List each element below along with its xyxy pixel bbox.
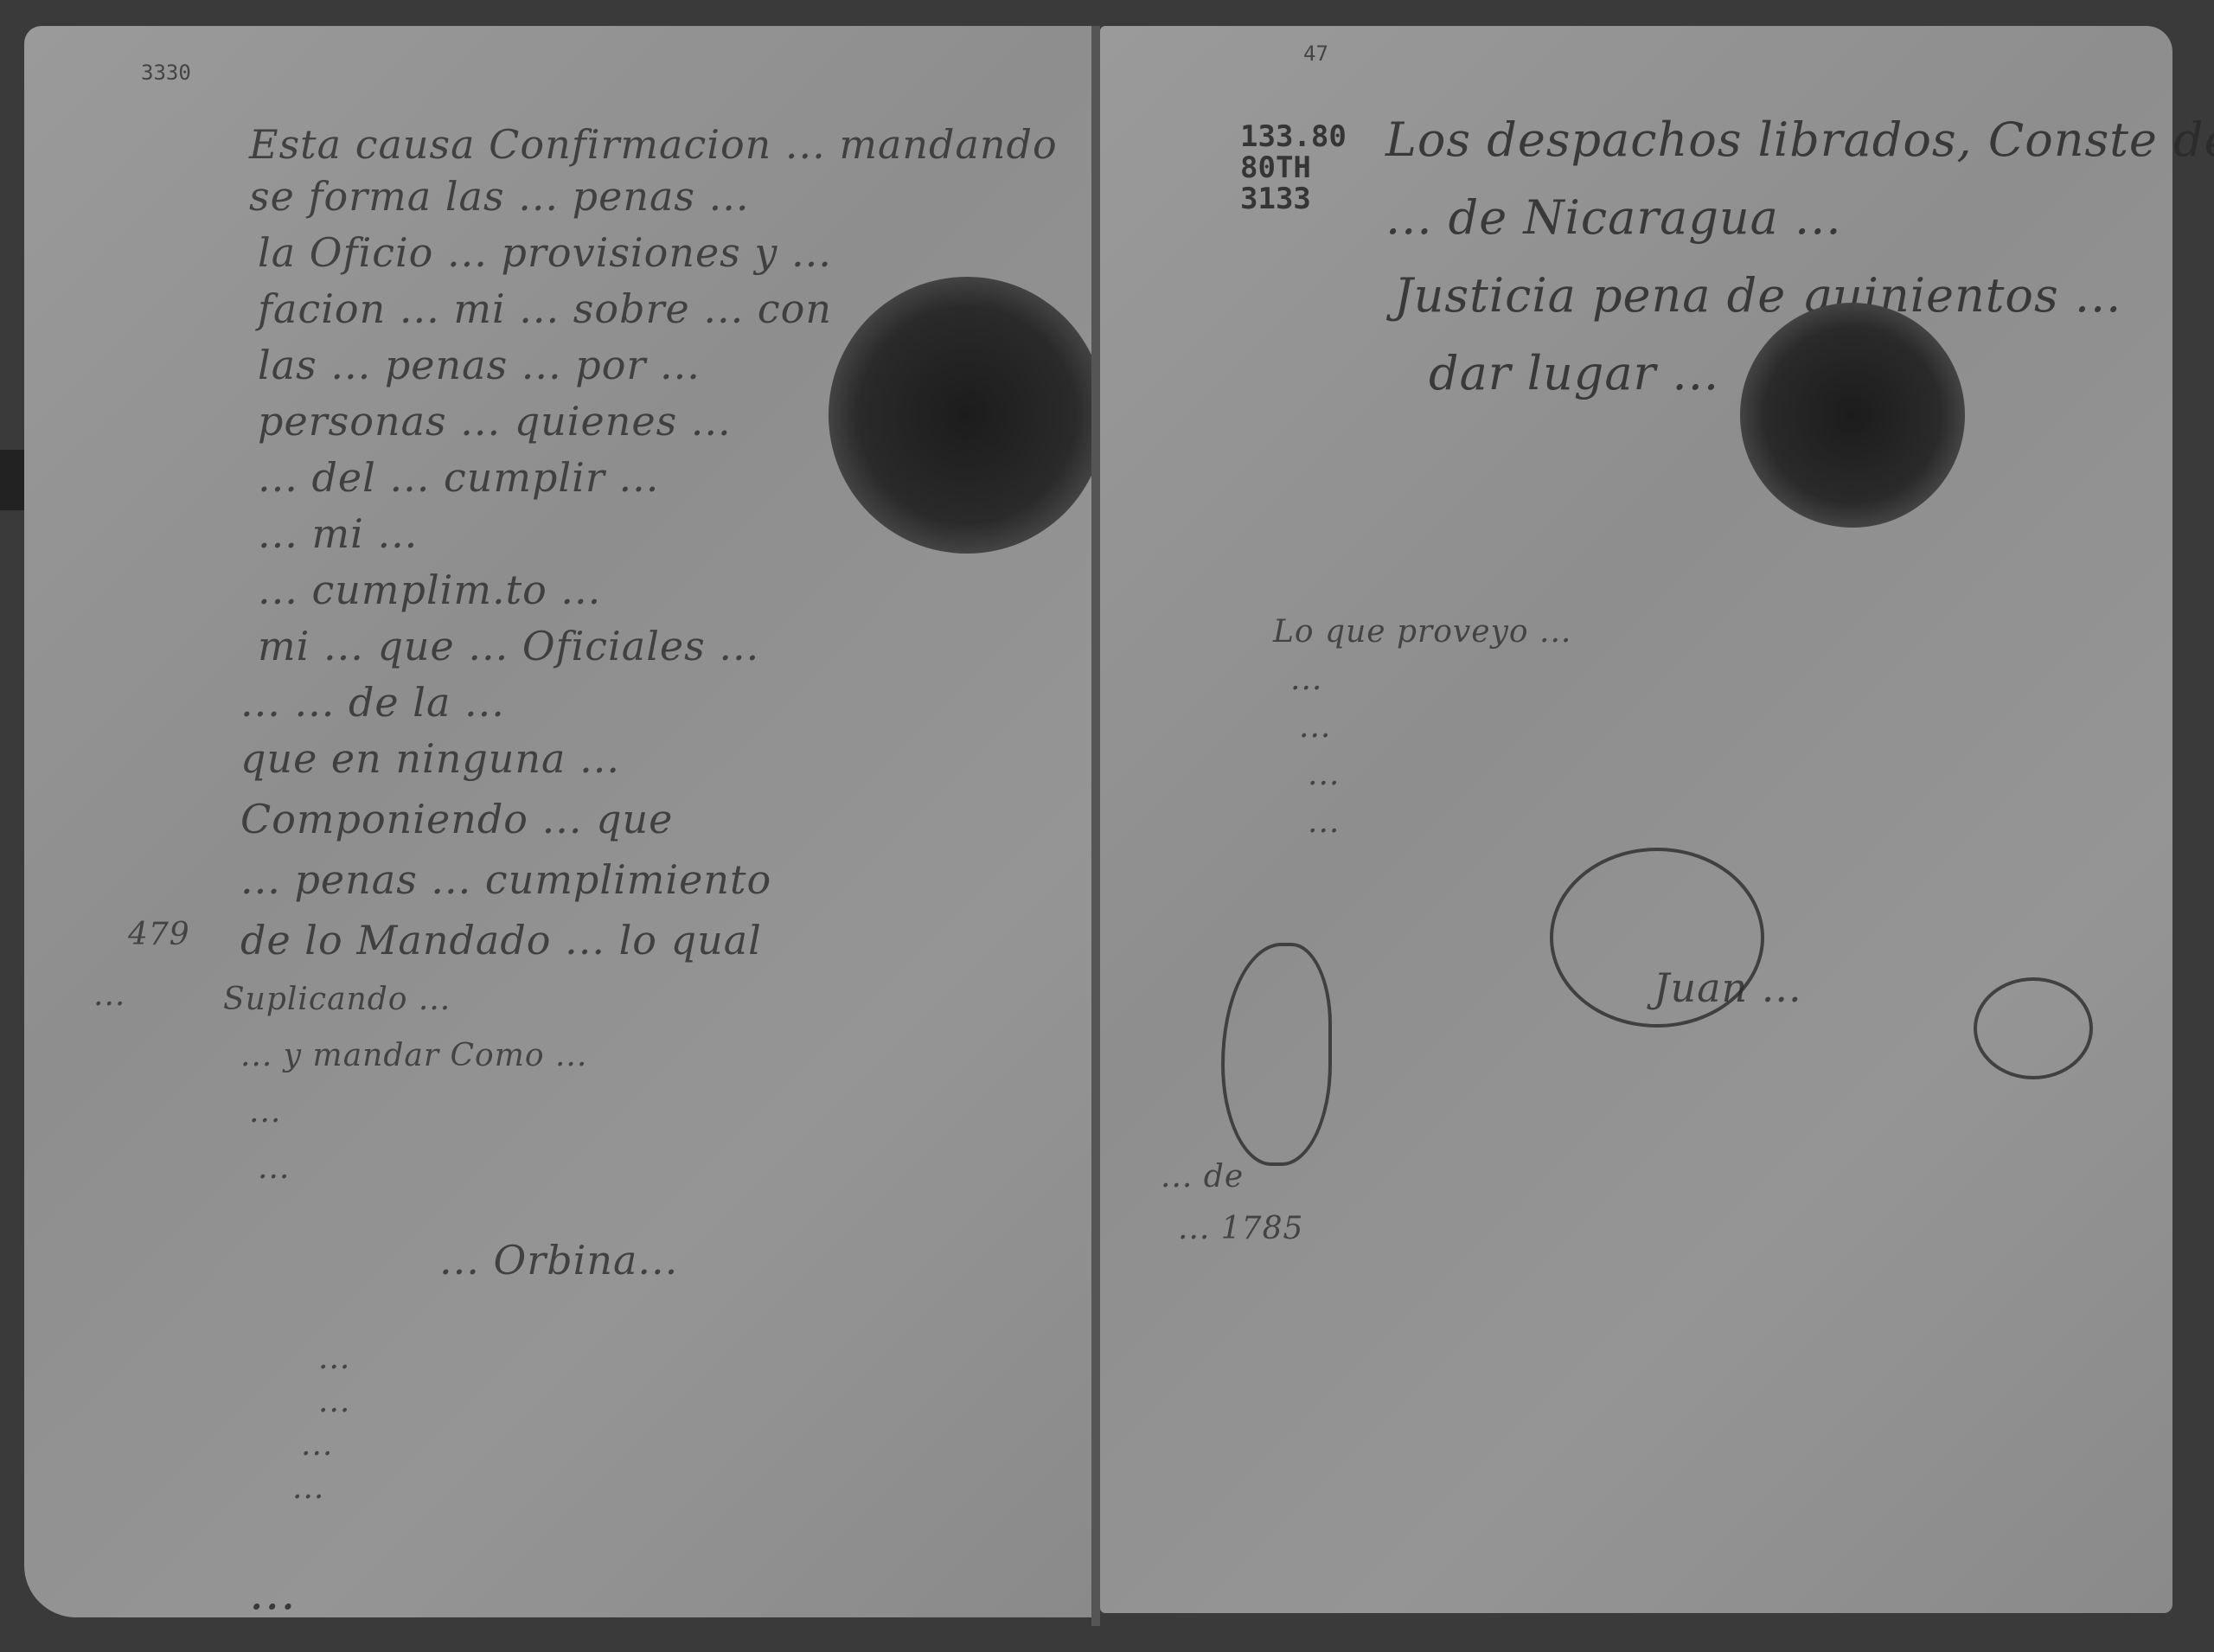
final-signature: ... (249, 1566, 297, 1620)
margin-note: ... (93, 977, 125, 1013)
text-line: Esta causa Confirmacion ... mandando (249, 121, 1058, 168)
signature-name: ... Orbina... (439, 1237, 678, 1284)
body-line: ... (1308, 804, 1340, 840)
signature-paragraph-line: ... (318, 1341, 350, 1376)
folio-number-right: 47 (1303, 42, 1328, 66)
heading-line: Justicia pena de quinientos ... (1394, 268, 2121, 323)
heading-line: dar lugar ... (1429, 346, 1719, 400)
text-line: ... cumplim.to ... (258, 567, 601, 613)
wax-seal (1740, 303, 1965, 528)
text-line: ... y mandar Como ... (240, 1038, 587, 1073)
heading-line: ... de Nicaragua ... (1385, 190, 1842, 245)
right-page: 47 133.80 80TH 3133 Los despachos librad… (1100, 26, 2172, 1613)
body-line: ... (1308, 757, 1340, 792)
signature: Juan ... (1654, 964, 1802, 1011)
text-line: Suplicando ... (223, 982, 451, 1017)
text-line: ... (258, 1150, 290, 1186)
date-line: ... 1785 (1178, 1211, 1303, 1246)
signature-paragraph-line: ... (301, 1427, 333, 1463)
text-line: ... del ... cumplir ... (258, 454, 659, 501)
text-line: que en ninguna ... (240, 735, 620, 782)
text-line: Componiendo ... que (240, 796, 673, 842)
left-page: 3330 Esta causa Confirmacion ... mandand… (24, 26, 1097, 1617)
signature-flourish (1974, 977, 2093, 1079)
heading-line: Los despachos librados, Conste de el (1385, 112, 2214, 167)
text-line: ... penas ... cumplimiento (240, 856, 771, 903)
body-line: ... (1299, 709, 1331, 745)
text-line: se forma las ... penas ... (249, 173, 750, 220)
folio-number: 3330 (141, 61, 191, 85)
signature-paragraph-line: ... (292, 1470, 324, 1506)
text-line: facion ... mi ... sobre ... con (258, 285, 832, 332)
signature-paragraph-line: ... (318, 1384, 350, 1419)
margin-note: 479 (128, 917, 190, 952)
body-line: Lo que proveyo ... (1273, 614, 1571, 650)
text-line: de lo Mandado ... lo qual (240, 917, 762, 964)
signature-flourish (1221, 943, 1332, 1166)
body-line: ... (1290, 662, 1322, 697)
wax-seal (829, 277, 1105, 554)
text-line: personas ... quienes ... (258, 398, 732, 445)
text-line: ... mi ... (258, 510, 418, 557)
date-line: ... de (1161, 1159, 1244, 1194)
text-line: ... ... de la ... (240, 679, 505, 726)
text-line: la Oficio ... provisiones y ... (258, 229, 832, 276)
page-fold (1091, 26, 1100, 1626)
text-line: las ... penas ... por ... (258, 342, 701, 388)
text-line: ... (249, 1094, 281, 1130)
text-line: mi ... que ... Oficiales ... (258, 623, 759, 669)
archive-stamp: 133.80 80TH 3133 (1240, 121, 1347, 215)
